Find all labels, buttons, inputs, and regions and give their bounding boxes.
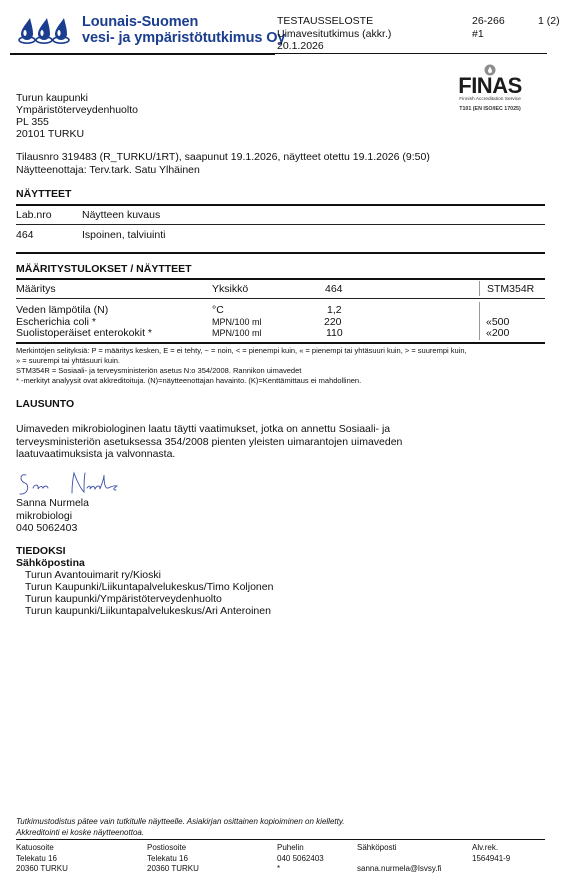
footer-value: 20360 TURKU: [16, 864, 68, 875]
footer-email-link[interactable]: sanna.nurmela@lsvsy.fi: [357, 864, 441, 875]
cc-recipient: Turun kaupunki/Ympäristöterveydenhuolto: [16, 593, 273, 605]
report-identifiers: 26-266 #1: [472, 15, 505, 40]
legend-line: STM354R = Sosiaali- ja terveysministeriö…: [16, 366, 546, 376]
footer-label: Puhelin: [277, 843, 324, 854]
order-details: Tilausnro 319483 (R_TURKU/1RT), saapunut…: [16, 151, 430, 164]
result-unit: °C: [212, 304, 224, 316]
cc-method: Sähköpostina: [16, 557, 273, 569]
samples-rule-top: [16, 204, 545, 206]
legend-line: Merkintöjen selityksiä: P = määritys kes…: [16, 346, 546, 356]
footer-postal-address: Postiosoite Telekatu 16 20360 TURKU: [147, 843, 199, 875]
report-index: #1: [472, 28, 505, 41]
result-analysis: Veden lämpötila (N): [16, 304, 108, 316]
result-value: 110: [326, 327, 343, 339]
disclaimer: Tutkimustodistus pätee vain tutkitulle n…: [16, 817, 344, 838]
company-name: Lounais-Suomen vesi- ja ympäristötutkimu…: [82, 14, 285, 46]
statement-title: LAUSUNTO: [16, 398, 74, 410]
header-divider: [10, 53, 275, 55]
footer-value: Telekatu 16: [147, 854, 199, 865]
samples-header-labnro: Lab.nro: [16, 209, 52, 221]
results-rule-top: [16, 278, 545, 280]
cc-recipient: Turun kaupunki/Liikuntapalvelukeskus/Ari…: [16, 605, 273, 617]
footer-value: [357, 854, 441, 865]
footer-divider: [16, 839, 545, 840]
footer-vat: Alv.rek. 1564941-9: [472, 843, 510, 864]
finas-standard: T101 (EN ISO/IEC 17025): [450, 106, 530, 112]
samples-rule-bottom: [16, 252, 545, 254]
address-line: Turun kaupunki: [16, 92, 138, 104]
footer-value: 20360 TURKU: [147, 864, 199, 875]
document-subject: Uimavesitutkimus (akkr.): [277, 28, 391, 41]
signer-title: mikrobiologi: [16, 510, 89, 523]
address-line: PL 355: [16, 116, 138, 128]
footer-label: Postiosoite: [147, 843, 199, 854]
result-value: 1,2: [327, 304, 342, 316]
cc-recipient: Turun Kaupunki/Liikuntapalvelukeskus/Tim…: [16, 581, 273, 593]
results-header-sample: 464: [325, 283, 343, 295]
address-line: 20101 TURKU: [16, 128, 138, 140]
table-row: Suolistoperäiset enterokokit * MPN/100 m…: [16, 327, 545, 339]
sample-description: Ispoinen, talviuinti: [82, 229, 165, 241]
sample-labnro: 464: [16, 229, 34, 241]
company-logo-icon: [18, 16, 72, 46]
footer-label: Alv.rek.: [472, 843, 510, 854]
footer-street-address: Katuosoite Telekatu 16 20360 TURKU: [16, 843, 68, 875]
cc-section: TIEDOKSI Sähköpostina Turun Avantouimari…: [16, 545, 273, 617]
address-line: Ympäristöterveydenhuolto: [16, 104, 138, 116]
results-column-divider: [479, 281, 480, 296]
result-unit: MPN/100 ml: [212, 328, 262, 338]
cc-title: TIEDOKSI: [16, 545, 273, 557]
order-info: Tilausnro 319483 (R_TURKU/1RT), saapunut…: [16, 151, 430, 176]
results-rule-bottom: [16, 342, 545, 344]
document-date: 20.1.2026: [277, 40, 391, 53]
footer-email: Sähköposti sanna.nurmela@lsvsy.fi: [357, 843, 441, 875]
recipient-address: Turun kaupunki Ympäristöterveydenhuolto …: [16, 92, 138, 140]
report-number: 26-266: [472, 15, 505, 28]
footer-phone: Puhelin 040 5062403 *: [277, 843, 324, 875]
document-type: TESTAUSSELOSTE: [277, 15, 391, 28]
signer-info: Sanna Nurmela mikrobiologi 040 5062403: [16, 497, 89, 535]
results-header-unit: Yksikkö: [212, 283, 248, 295]
footer-value: Telekatu 16: [16, 854, 68, 865]
results-header-limit: STM354R: [487, 283, 534, 295]
footer-label: Sähköposti: [357, 843, 441, 854]
legend-line: » = suurempi tai yhtäsuuri kuin.: [16, 356, 546, 366]
legend-line: * -merkityt analyysit ovat akkreditoituj…: [16, 376, 546, 386]
results-header-analysis: Määritys: [16, 283, 56, 295]
footer-value: 040 5062403: [277, 854, 324, 865]
result-unit: MPN/100 ml: [212, 317, 262, 327]
document-meta: TESTAUSSELOSTE Uimavesitutkimus (akkr.) …: [277, 15, 391, 53]
samples-title: NÄYTTEET: [16, 188, 71, 200]
result-analysis: Suolistoperäiset enterokokit *: [16, 327, 152, 339]
table-row: Veden lämpötila (N) °C 1,2: [16, 304, 545, 316]
results-rule-header: [16, 298, 545, 299]
footer-label: Katuosoite: [16, 843, 68, 854]
signer-phone: 040 5062403: [16, 522, 89, 535]
disclaimer-line: Tutkimustodistus pätee vain tutkitulle n…: [16, 817, 344, 828]
samples-rule-header: [16, 224, 545, 225]
results-title: MÄÄRITYSTULOKSET / NÄYTTEET: [16, 263, 192, 275]
statement-text: Uimaveden mikrobiologinen laatu täytti v…: [16, 423, 416, 461]
company-name-line1: Lounais-Suomen: [82, 14, 285, 30]
footer-value: *: [277, 864, 324, 875]
disclaimer-line: Akkreditointi ei koske näytteenottoa.: [16, 828, 344, 839]
company-name-line2: vesi- ja ympäristötutkimus Oy: [82, 30, 285, 46]
signer-name: Sanna Nurmela: [16, 497, 89, 510]
page-number: 1 (2): [538, 15, 560, 27]
finas-service: Finnish Accreditation Service: [450, 97, 530, 102]
cc-recipient: Turun Avantouimarit ry/Kioski: [16, 569, 273, 581]
result-limit: «200: [486, 327, 509, 339]
finas-wordmark: FINAS: [450, 76, 530, 96]
footer-value: 1564941-9: [472, 854, 510, 865]
header-divider-right: [275, 53, 547, 54]
signature-image: [16, 469, 126, 499]
sampler: Näytteenottaja: Terv.tark. Satu Ylhäinen: [16, 164, 430, 177]
table-row: 464 Ispoinen, talviuinti: [16, 229, 545, 243]
samples-header-description: Näytteen kuvaus: [82, 209, 160, 221]
legend-notes: Merkintöjen selityksiä: P = määritys kes…: [16, 346, 546, 386]
finas-accreditation-logo: FINAS Finnish Accreditation Service T101…: [450, 64, 530, 112]
